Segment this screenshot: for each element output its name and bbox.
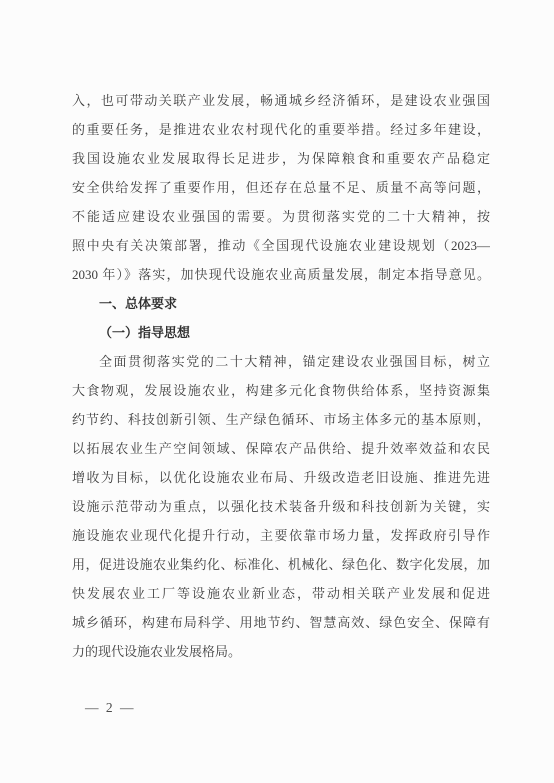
paragraph-line: 增收为目标，以优化设施农业布局、升级改造老旧设施、推进先进 [72,463,490,492]
paragraph-line: 施设施农业现代化提升行动，主要依靠市场力量，发挥政府引导作 [72,521,490,550]
section-heading: 一、总体要求 [72,289,490,318]
paragraph-line: 城乡循环，构建布局科学、用地节约、智慧高效、绿色安全、保障有 [72,608,490,637]
paragraph-line: 2030 年）》落实，加快现代设施农业高质量发展，制定本指导意见。 [72,260,490,289]
paragraph-line: 照中央有关决策部署，推动《全国现代设施农业建设规划（2023— [72,231,490,260]
paragraph-line: 的重要任务，是推进农业农村现代化的重要举措。经过多年建设， [72,115,490,144]
paragraph-line: 入，也可带动关联产业发展，畅通城乡经济循环，是建设农业强国 [72,86,490,115]
document-body: 入，也可带动关联产业发展，畅通城乡经济循环，是建设农业强国 的重要任务，是推进农… [72,86,490,666]
paragraph-line: 安全供给发挥了重要作用，但还存在总量不足、质量不高等问题， [72,173,490,202]
paragraph-line: 用，促进设施农业集约化、标准化、机械化、绿色化、数字化发展，加 [72,550,490,579]
paragraph-line: 大食物观，发展设施农业，构建多元化食物供给体系，坚持资源集 [72,376,490,405]
paragraph-line: 我国设施农业发展取得长足进步，为保障粮食和重要农产品稳定 [72,144,490,173]
paragraph-line: 快发展农业工厂等设施农业新业态，带动相关联产业发展和促进 [72,579,490,608]
paragraph-line: 全面贯彻落实党的二十大精神，锚定建设农业强国目标，树立 [72,347,490,376]
paragraph-line: 力的现代设施农业发展格局。 [72,637,490,666]
page-number: — 2 — [85,697,136,719]
paragraph-line: 不能适应建设农业强国的需要。为贯彻落实党的二十大精神，按 [72,202,490,231]
subsection-heading: （一）指导思想 [72,318,490,347]
paragraph-line: 设施示范带动为重点，以强化技术装备升级和科技创新为关键，实 [72,492,490,521]
scanned-document-page: 入，也可带动关联产业发展，畅通城乡经济循环，是建设农业强国 的重要任务，是推进农… [0,0,554,783]
paragraph-line: 约节约、科技创新引领、生产绿色循环、市场主体多元的基本原则， [72,405,490,434]
paragraph-line: 以拓展农业生产空间领域、保障农产品供给、提升效率效益和农民 [72,434,490,463]
